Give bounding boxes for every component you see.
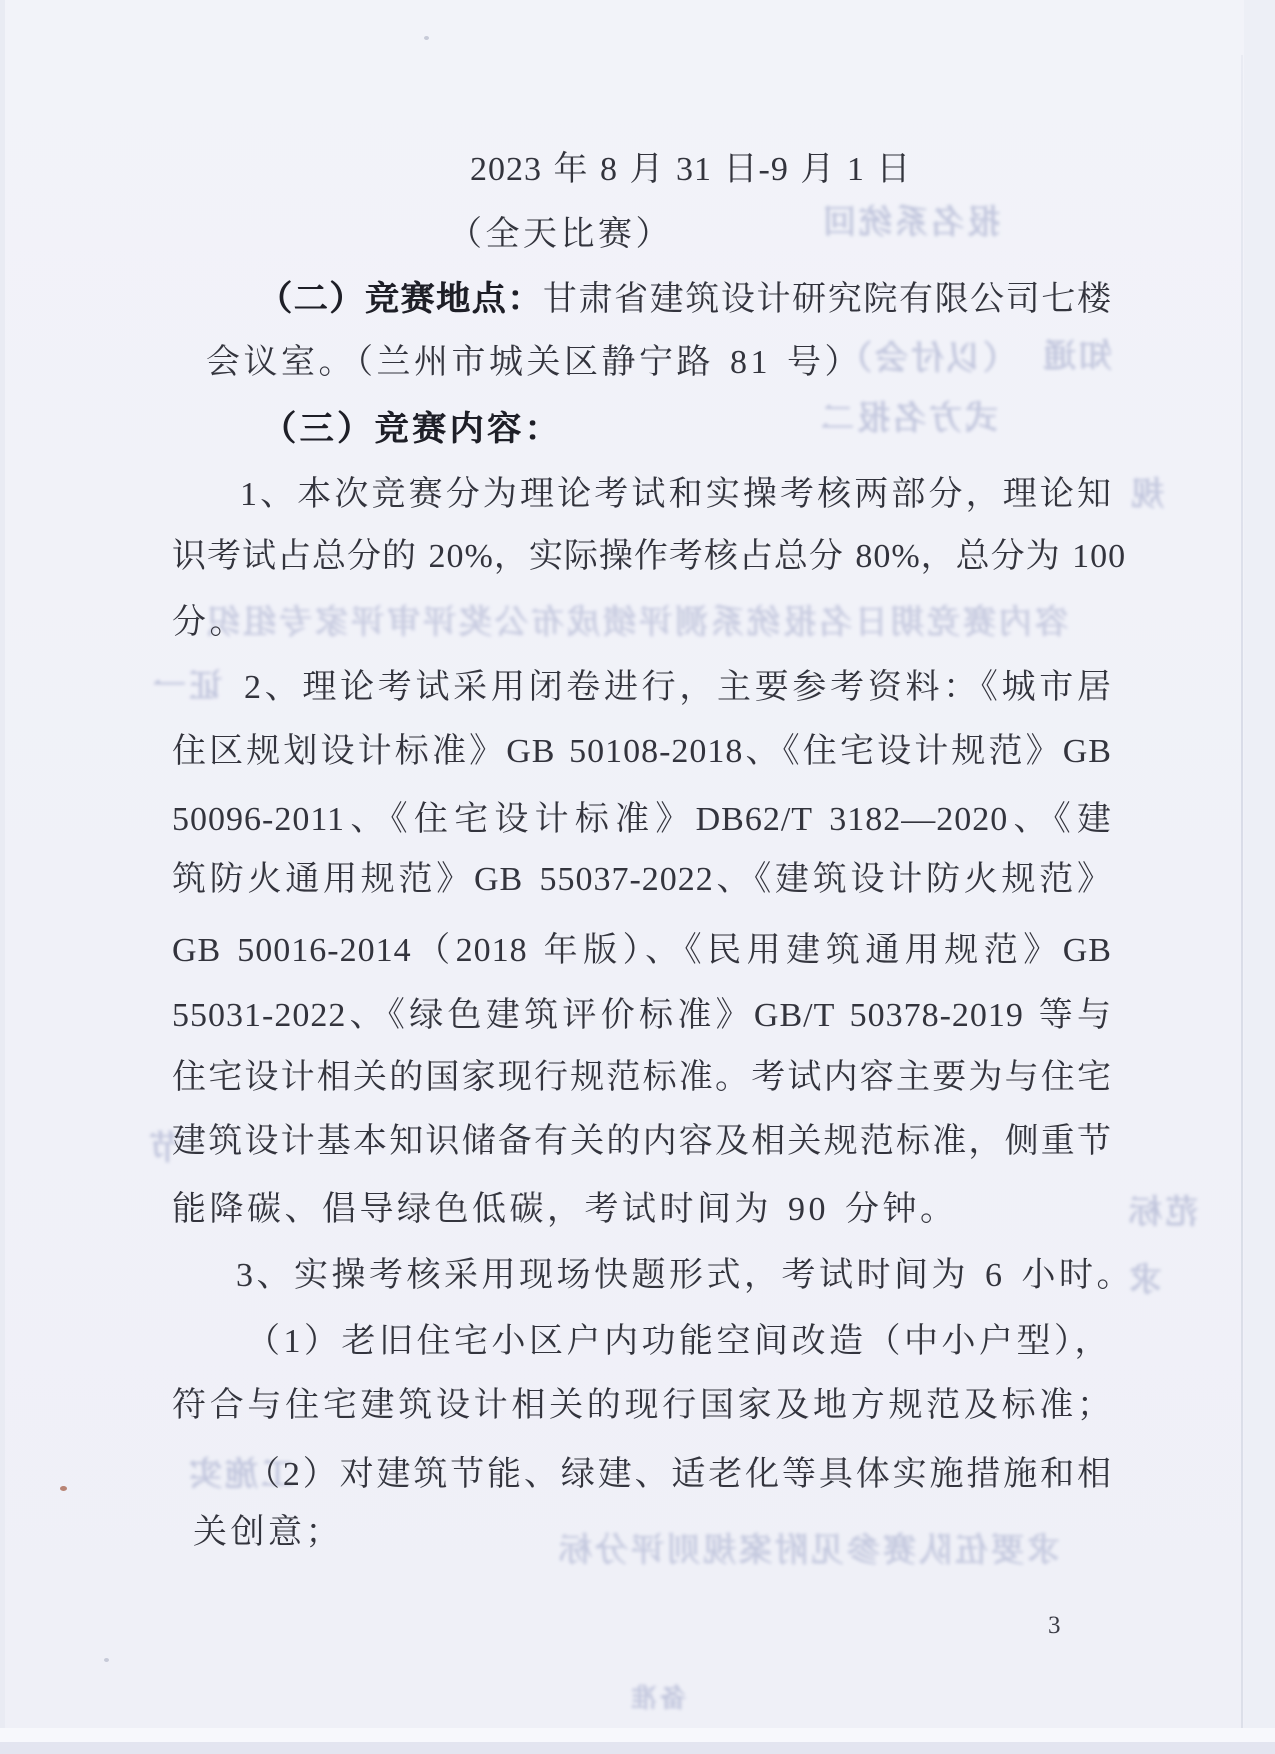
content-heading: （三）竞赛内容： — [262, 408, 562, 452]
body-line: 筑防火通用规范》GB 55037-2022、《建筑设计防火规范》 — [172, 858, 1112, 902]
venue-line-2: 会议室。（兰州市城关区静宁路 81 号） — [206, 341, 862, 385]
scanned-document-page: { "document": { "date_line": "2023 年 8 月… — [0, 0, 1275, 1754]
body-line: 2、理论考试采用闭卷进行，主要参考资料：《城市居 — [244, 666, 1112, 710]
body-line: GB 50016-2014（2018 年版）、《民用建筑通用规范》GB — [172, 929, 1112, 973]
page-number: 3 — [1048, 1612, 1061, 1640]
body-line: 关创意； — [193, 1511, 343, 1555]
body-line: 住宅设计相关的国家现行规范标准。考试内容主要为与住宅 — [172, 1056, 1112, 1100]
scan-edge-right — [1244, 0, 1275, 1754]
venue-heading: （二）竞赛地点： — [258, 281, 543, 318]
bleedthrough-mark: 证一 — [150, 660, 222, 707]
body-line: 1、本次竞赛分为理论考试和实操考核两部分，理论知 — [240, 473, 1112, 517]
body-line: （2）对建筑节能、绿建、适老化等具体实施措施和相 — [246, 1453, 1112, 1497]
bleedthrough-mark: 报名系统回 — [820, 196, 1000, 243]
session-line: （全天比赛） — [448, 213, 673, 257]
scan-crease-line — [1241, 55, 1243, 1745]
venue-text: 甘肃省建筑设计研究院有限公司七楼 — [543, 281, 1112, 318]
body-line: （1）老旧住宅小区户内功能空间改造（中小户型）， — [246, 1320, 1112, 1364]
bleedthrough-mark: 知通 — [1040, 330, 1112, 377]
red-ink-speck — [60, 1486, 67, 1491]
body-line: 建筑设计基本知识储备有关的内容及相关规范标准，侧重节 — [172, 1120, 1112, 1164]
gray-speck — [424, 36, 429, 40]
body-line: 住区规划设计标准》GB 50108-2018、《住宅设计规范》GB — [172, 730, 1112, 774]
body-line: 符合与住宅建筑设计相关的现行国家及地方规范及标准； — [172, 1384, 1112, 1428]
bleedthrough-mark: 范标 — [1126, 1186, 1198, 1233]
body-line: 3、实操考核采用现场快题形式，考试时间为 6 小时。 — [236, 1254, 1134, 1298]
bleedthrough-mark: （以付会） — [836, 332, 1016, 379]
bleedthrough-mark: 容内赛竞期日名报统系测评绩成布公奖评审评家专组织 — [204, 596, 1068, 643]
bleedthrough-mark: 规 — [1128, 468, 1164, 515]
date-line: 2023 年 8 月 31 日-9 月 1 日 — [470, 148, 911, 192]
body-line: 55031-2022、《绿色建筑评价标准》GB/T 50378-2019 等与 — [172, 994, 1112, 1038]
body-line: 分。 — [172, 601, 247, 645]
scan-edge-bottom-highlight — [0, 1728, 1275, 1742]
gray-speck — [104, 1658, 109, 1662]
scan-edge-left — [0, 0, 5, 1754]
bleedthrough-mark: 备准 — [628, 1678, 686, 1715]
body-line: 能降碳、倡导绿色低碳，考试时间为 90 分钟。 — [172, 1188, 958, 1232]
bleedthrough-mark: 求要伍队赛参见附案规则评分标 — [556, 1524, 1060, 1571]
bleedthrough-mark: 式方名报二 — [818, 392, 998, 439]
venue-line: （二）竞赛地点：甘肃省建筑设计研究院有限公司七楼 — [258, 278, 1112, 322]
scan-edge-bottom-shadow — [0, 1742, 1275, 1754]
body-line: 识考试占总分的 20%，实际操作考核占总分 80%，总分为 100 — [172, 535, 1112, 579]
body-line: 50096-2011、《住宅设计标准》DB62/T 3182—2020、《建 — [172, 798, 1112, 842]
